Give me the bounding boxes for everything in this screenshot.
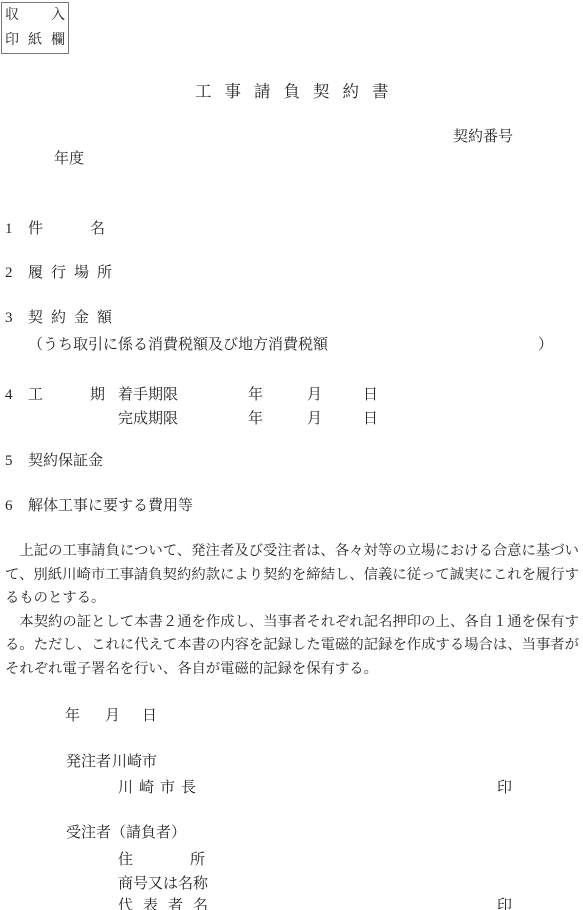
contractor-representative-label: 代表者名 — [118, 897, 218, 910]
orderer-row: 発注者 川崎市 — [0, 753, 583, 771]
date-day-label: 日 — [142, 707, 157, 725]
clause-counterparts: 本契約の証として本書２通を作成し、当事者それぞれ記名押印の上、各自１通を保有する… — [5, 611, 579, 682]
item-amount-row: 3 契約金額 — [0, 309, 583, 327]
item-subject-row: 1 件 名 — [0, 220, 583, 238]
item-period-label-b: 期 — [90, 386, 105, 404]
item-location-label: 履行場所 — [28, 264, 120, 282]
item-demolition-label: 解体工事に要する費用等 — [28, 497, 193, 515]
contractor-company-row: 商号又は名称 — [0, 875, 583, 893]
item-period-label-a: 工 — [28, 386, 43, 404]
date-month-label: 月 — [105, 707, 120, 725]
item-bond-label: 契約保証金 — [28, 452, 103, 470]
fiscal-year-label: 年度 — [54, 150, 84, 168]
orderer-title: 川崎市長 — [118, 779, 202, 797]
period-finish-year-label: 年 — [248, 410, 263, 428]
item-period-number: 4 — [5, 386, 13, 404]
contractor-address-label-b: 所 — [190, 851, 205, 869]
item-period-finish-row: 完成期限 年 月 日 — [0, 410, 583, 428]
item-bond-number: 5 — [5, 452, 13, 470]
period-finish-day-label: 日 — [363, 410, 378, 428]
item-demolition-row: 6 解体工事に要する費用等 — [0, 497, 583, 515]
item-demolition-number: 6 — [5, 497, 13, 515]
orderer-seal-mark: 印 — [497, 779, 512, 797]
stamp-box-line-2: 印紙欄 — [5, 31, 65, 50]
period-finish-month-label: 月 — [307, 410, 322, 428]
document-title: 工事請負契約書 — [195, 78, 402, 102]
tax-note-text: （うち取引に係る消費税額及び地方消費税額 — [28, 336, 328, 354]
item-amount-number: 3 — [5, 309, 13, 327]
contractor-address-label-a: 住 — [118, 851, 133, 869]
period-start-year-label: 年 — [248, 386, 263, 404]
item-subject-label-b: 名 — [90, 220, 105, 238]
contract-number-label: 契約番号 — [453, 128, 513, 146]
contractor-company-label: 商号又は名称 — [118, 875, 208, 893]
contractor-label: 受注者（請負者） — [66, 824, 186, 842]
contractor-row: 受注者（請負者） — [0, 824, 583, 842]
contractor-seal-mark: 印 — [497, 897, 512, 910]
item-bond-row: 5 契約保証金 — [0, 452, 583, 470]
item-location-number: 2 — [5, 264, 13, 282]
item-amount-label: 契約金額 — [28, 309, 120, 327]
contract-clauses: 上記の工事請負について、発注者及び受注者は、各々対等の立場における合意に基づいて… — [5, 540, 579, 681]
period-finish-label: 完成期限 — [118, 410, 178, 428]
item-location-row: 2 履行場所 — [0, 264, 583, 282]
item-subject-number: 1 — [5, 220, 13, 238]
revenue-stamp-box: 収入 印紙欄 — [1, 2, 69, 54]
orderer-name: 川崎市 — [112, 753, 157, 771]
item-subject-label-a: 件 — [28, 220, 43, 238]
contractor-address-row: 住 所 — [0, 851, 583, 869]
date-year-label: 年 — [65, 707, 80, 725]
item-amount-tax-note-row: （うち取引に係る消費税額及び地方消費税額 ） — [0, 336, 583, 354]
period-start-month-label: 月 — [307, 386, 322, 404]
tax-note-close-paren: ） — [538, 336, 553, 354]
contract-document-page: 収入 印紙欄 工事請負契約書 契約番号 年度 1 件 名 2 履行場所 3 契約… — [0, 0, 583, 910]
item-period-start-row: 4 工 期 着手期限 年 月 日 — [0, 386, 583, 404]
orderer-label: 発注者 — [66, 753, 111, 771]
period-start-label: 着手期限 — [118, 386, 178, 404]
contractor-representative-row: 代表者名 印 — [0, 897, 583, 910]
orderer-title-row: 川崎市長 印 — [0, 779, 583, 797]
period-start-day-label: 日 — [363, 386, 378, 404]
clause-agreement: 上記の工事請負について、発注者及び受注者は、各々対等の立場における合意に基づいて… — [5, 540, 579, 611]
stamp-box-line-1: 収入 — [5, 6, 65, 25]
signing-date-row: 年 月 日 — [0, 707, 583, 725]
